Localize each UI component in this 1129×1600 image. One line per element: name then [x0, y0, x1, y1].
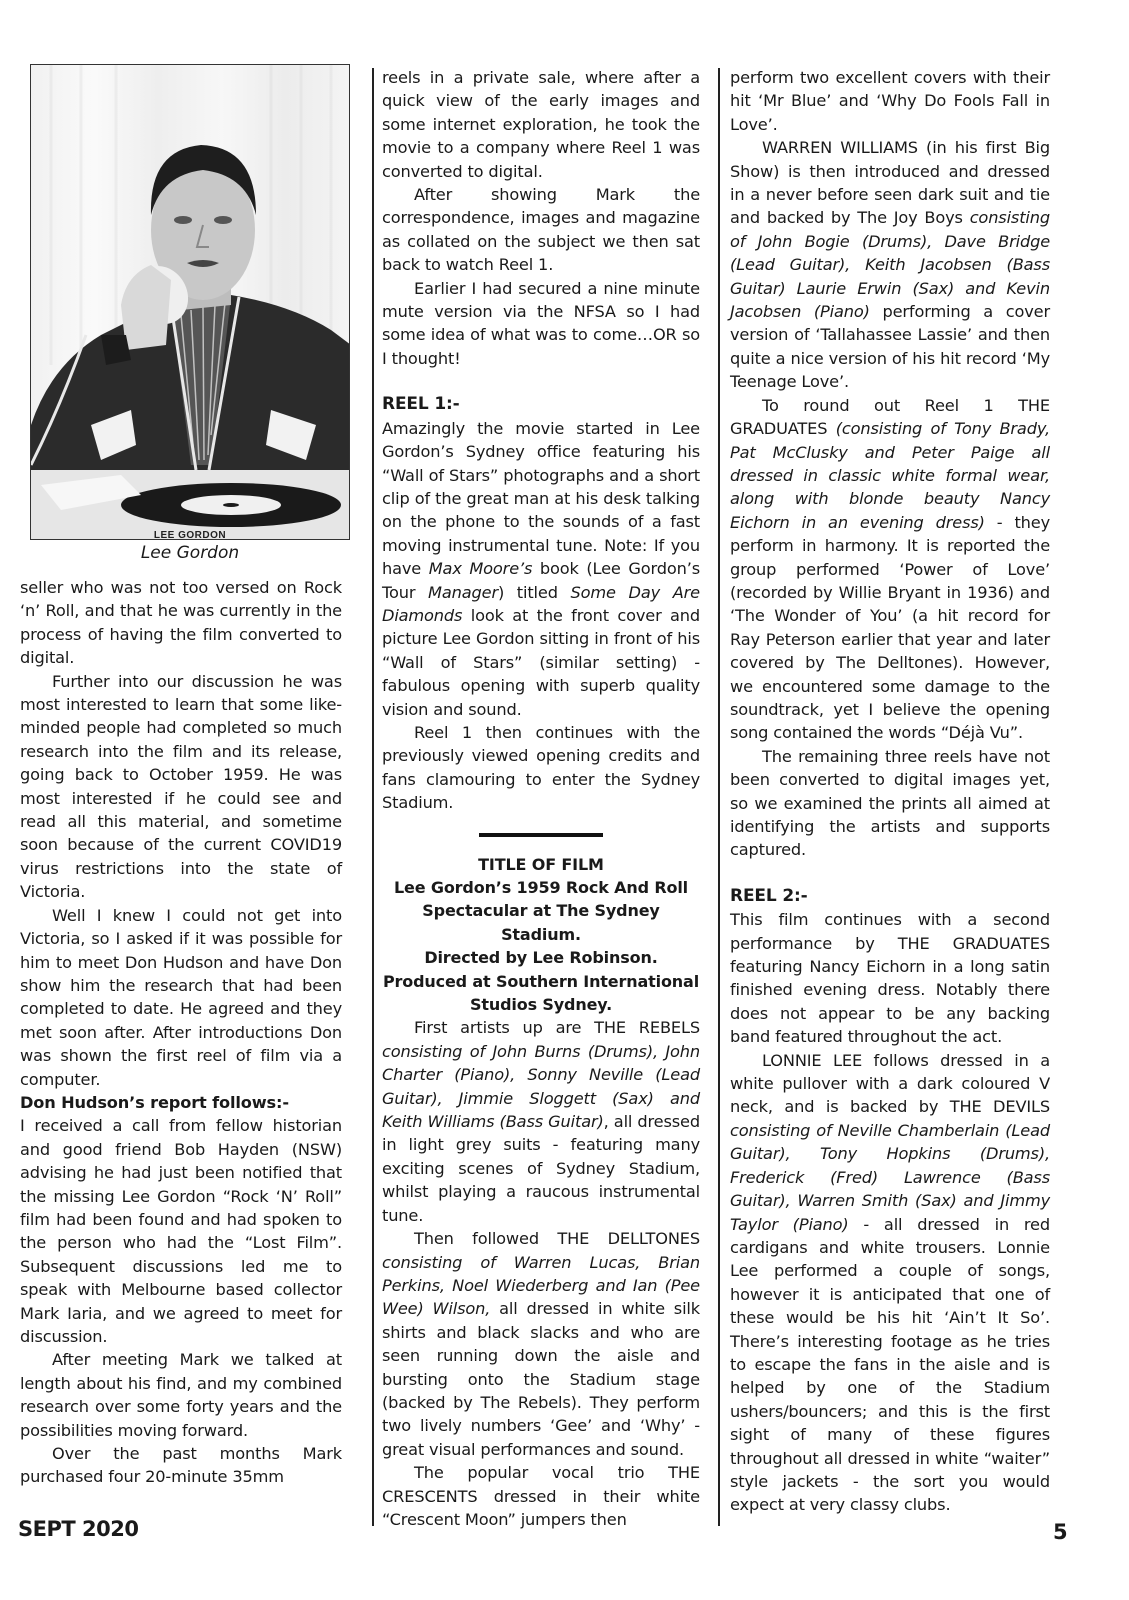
film-director: Directed by Lee Robinson.: [382, 946, 700, 969]
section-rule: [479, 833, 603, 837]
paragraph: Further into our discussion he was most …: [20, 670, 342, 904]
paragraph: Then followed THE DELLTONES consisting o…: [382, 1227, 700, 1461]
film-title-block: TITLE OF FILM Lee Gordon’s 1959 Rock And…: [382, 853, 700, 1017]
column-3: perform two excellent covers with their …: [730, 66, 1050, 1517]
lee-gordon-photo: LEE GORDON: [30, 64, 350, 540]
paragraph: LONNIE LEE follows dressed in a white pu…: [730, 1049, 1050, 1517]
paragraph: WARREN WILLIAMS (in his first Big Show) …: [730, 136, 1050, 393]
paragraph: I received a call from fellow historian …: [20, 1114, 342, 1348]
portrait-photo-icon: [31, 65, 350, 540]
report-heading: Don Hudson’s report follows:-: [20, 1091, 342, 1114]
photo-label: LEE GORDON: [31, 529, 349, 539]
reel-1-heading: REEL 1:-: [382, 393, 700, 416]
column-2: reels in a private sale, where after a q…: [382, 66, 700, 1531]
paragraph: After showing Mark the correspondence, i…: [382, 183, 700, 277]
film-title-name: Lee Gordon’s 1959 Rock And Roll Spectacu…: [382, 876, 700, 946]
paragraph: The remaining three reels have not been …: [730, 745, 1050, 862]
paragraph: First artists up are THE REBELS consisti…: [382, 1016, 700, 1227]
paragraph: After meeting Mark we talked at length a…: [20, 1348, 342, 1442]
paragraph: Amazingly the movie started in Lee Gordo…: [382, 417, 700, 721]
paragraph: To round out Reel 1 THE GRADUATES (consi…: [730, 394, 1050, 745]
paragraph: Reel 1 then continues with the previousl…: [382, 721, 700, 815]
column-divider: [718, 68, 720, 1526]
page-number: 5: [1053, 1520, 1068, 1544]
paragraph: Over the past months Mark purchased four…: [20, 1442, 342, 1489]
paragraph: perform two excellent covers with their …: [730, 66, 1050, 136]
paragraph: reels in a private sale, where after a q…: [382, 66, 700, 183]
film-title-label: TITLE OF FILM: [382, 853, 700, 876]
reel-2-heading: REEL 2:-: [730, 885, 1050, 908]
paragraph: This film continues with a second perfor…: [730, 908, 1050, 1048]
column-divider: [372, 68, 374, 1526]
paragraph: Well I knew I could not get into Victori…: [20, 904, 342, 1091]
film-producer: Produced at Southern International Studi…: [382, 970, 700, 1017]
paragraph: Earlier I had secured a nine minute mute…: [382, 277, 700, 371]
column-1: seller who was not too versed on Rock ‘n…: [20, 576, 342, 1489]
photo-caption: Lee Gordon: [30, 543, 350, 563]
issue-date: SEPT 2020: [18, 1517, 138, 1541]
paragraph: The popular vocal trio THE CRESCENTS dre…: [382, 1461, 700, 1531]
paragraph: seller who was not too versed on Rock ‘n…: [20, 576, 342, 670]
